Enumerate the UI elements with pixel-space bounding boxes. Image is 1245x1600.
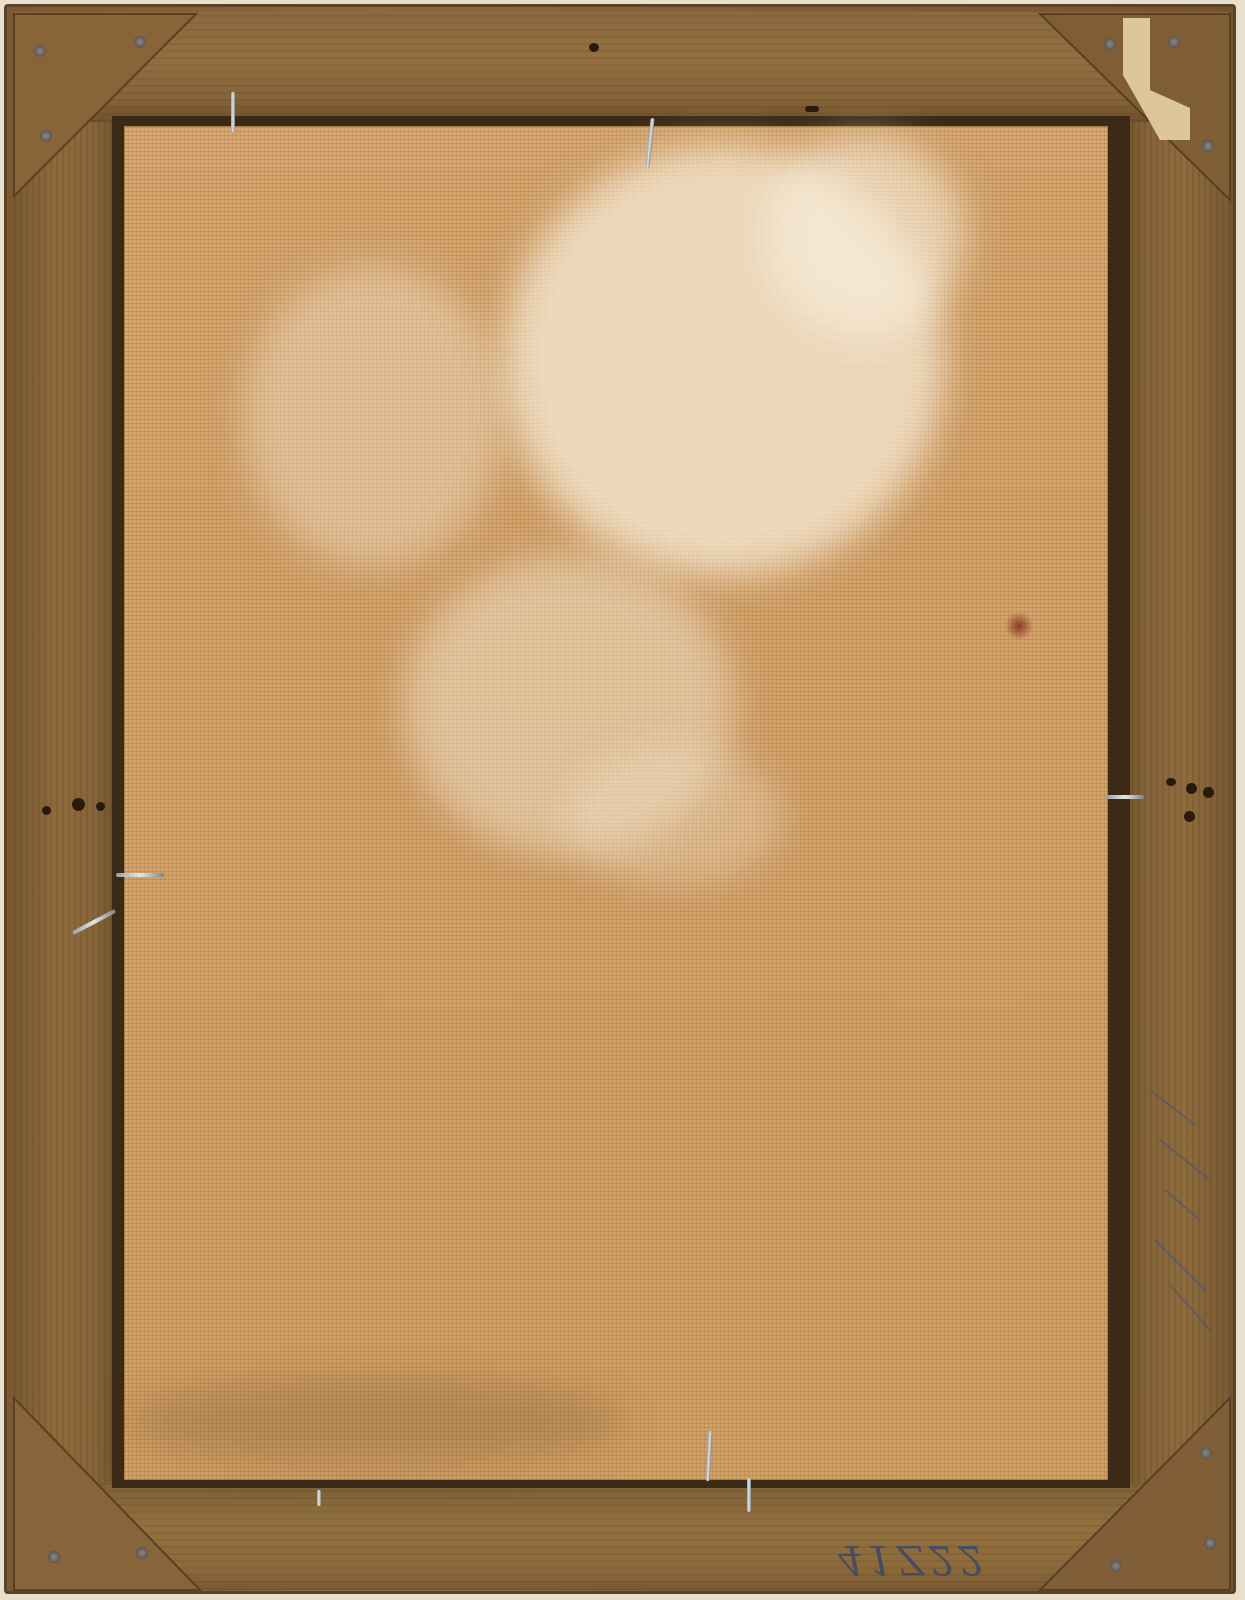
corner-braces	[0, 0, 1245, 1600]
screw-icon	[1200, 1447, 1212, 1459]
worm-hole	[1166, 778, 1176, 786]
nail-icon	[1106, 795, 1144, 799]
nail-icon	[747, 1478, 751, 1512]
right-stile-pencil-marks	[1140, 1080, 1220, 1340]
screw-icon	[1110, 1560, 1122, 1572]
worm-hole	[805, 106, 819, 112]
nail-icon	[317, 1490, 321, 1506]
picture-frame-back: 41Z22	[0, 0, 1245, 1600]
corner-brace-bottom-left	[14, 1398, 200, 1590]
nail-icon	[116, 873, 164, 877]
worm-hole	[72, 798, 85, 811]
screw-icon	[1204, 1537, 1216, 1549]
screw-icon	[34, 45, 46, 57]
screw-icon	[40, 130, 52, 142]
corner-brace-bottom-right	[1040, 1398, 1230, 1590]
screw-icon	[136, 1547, 148, 1559]
worm-hole	[1184, 811, 1195, 822]
nail-icon	[231, 92, 235, 132]
corner-brace-top-left	[14, 14, 196, 196]
worm-hole	[1203, 787, 1214, 798]
bottom-rail-inscription: 41Z22	[838, 1536, 988, 1582]
worm-hole	[96, 802, 105, 811]
screw-icon	[1168, 36, 1180, 48]
worm-hole	[589, 43, 599, 52]
screw-icon	[1202, 140, 1214, 152]
screw-icon	[1104, 38, 1116, 50]
screw-icon	[134, 36, 146, 48]
worm-hole	[1186, 783, 1197, 794]
worm-hole	[42, 806, 51, 815]
screw-icon	[48, 1551, 60, 1563]
